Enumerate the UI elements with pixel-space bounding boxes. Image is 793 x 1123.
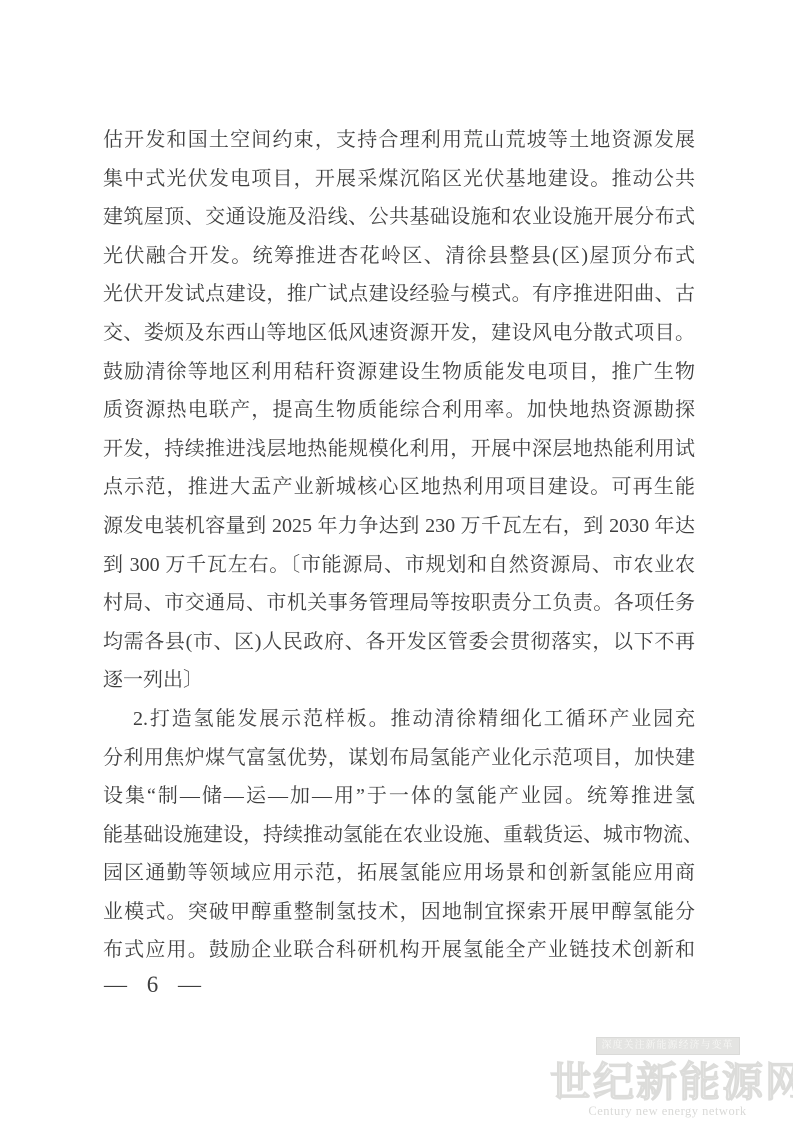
watermark-title: 世纪新能源网 bbox=[550, 1061, 785, 1103]
text-line: 估开发和国土空间约束，支持合理利用荒山荒坡等土地资源发展 bbox=[103, 121, 695, 160]
text-line: 集中式光伏发电项目，开展采煤沉陷区光伏基地建设。推动公共 bbox=[103, 160, 695, 199]
page-number: — 6 — bbox=[104, 966, 201, 1004]
watermark-subtitle: Century new energy network bbox=[550, 1104, 785, 1119]
text-line: 源发电装机容量到 2025 年力争达到 230 万千瓦左右，到 2030 年达 bbox=[103, 507, 695, 546]
text-line: 布式应用。鼓励企业联合科研机构开展氢能全产业链技术创新和 bbox=[103, 931, 695, 970]
text-line: 均需各县(市、区)人民政府、各开发区管委会贯彻落实，以下不再 bbox=[103, 623, 695, 662]
text-line: 分利用焦炉煤气富氢优势，谋划布局氢能产业化示范项目，加快建 bbox=[103, 739, 695, 778]
text-line: 开发，持续推进浅层地热能规模化利用，开展中深层地热能利用试 bbox=[103, 430, 695, 469]
text-line: 村局、市交通局、市机关事务管理局等按职责分工负责。各项任务 bbox=[103, 584, 695, 623]
watermark-tagline: 深度关注新能源经济与变革 bbox=[596, 1037, 740, 1055]
watermark-logo: 深度关注新能源经济与变革 世纪新能源网 Century new energy n… bbox=[550, 1035, 785, 1119]
text-line: 到 300 万千瓦左右。〔市能源局、市规划和自然资源局、市农业农 bbox=[103, 546, 695, 585]
document-body: 估开发和国土空间约束，支持合理利用荒山荒坡等土地资源发展集中式光伏发电项目，开展… bbox=[103, 121, 695, 970]
text-line: 光伏开发试点建设，推广试点建设经验与模式。有序推进阳曲、古 bbox=[103, 275, 695, 314]
text-line: 2.打造氢能发展示范样板。推动清徐精细化工循环产业园充 bbox=[103, 700, 695, 739]
text-line: 交、娄烦及东西山等地区低风速资源开发，建设风电分散式项目。 bbox=[103, 314, 695, 353]
text-line: 质资源热电联产，提高生物质能综合利用率。加快地热资源勘探 bbox=[103, 391, 695, 430]
text-line: 点示范，推进大盂产业新城核心区地热利用项目建设。可再生能 bbox=[103, 468, 695, 507]
text-line: 业模式。突破甲醇重整制氢技术，因地制宜探索开展甲醇氢能分 bbox=[103, 893, 695, 932]
text-line: 鼓励清徐等地区利用秸秆资源建设生物质能发电项目，推广生物 bbox=[103, 353, 695, 392]
text-line: 光伏融合开发。统筹推进杏花岭区、清徐县整县(区)屋顶分布式 bbox=[103, 237, 695, 276]
text-line: 园区通勤等领域应用示范，拓展氢能应用场景和创新氢能应用商 bbox=[103, 854, 695, 893]
text-line: 设集“制—储—运—加—用”于一体的氢能产业园。统筹推进氢 bbox=[103, 777, 695, 816]
document-page: 估开发和国土空间约束，支持合理利用荒山荒坡等土地资源发展集中式光伏发电项目，开展… bbox=[0, 0, 793, 1123]
text-line: 建筑屋顶、交通设施及沿线、公共基础设施和农业设施开展分布式 bbox=[103, 198, 695, 237]
text-line: 逐一列出〕 bbox=[103, 661, 695, 700]
text-line: 能基础设施建设，持续推动氢能在农业设施、重载货运、城市物流、 bbox=[103, 816, 695, 855]
